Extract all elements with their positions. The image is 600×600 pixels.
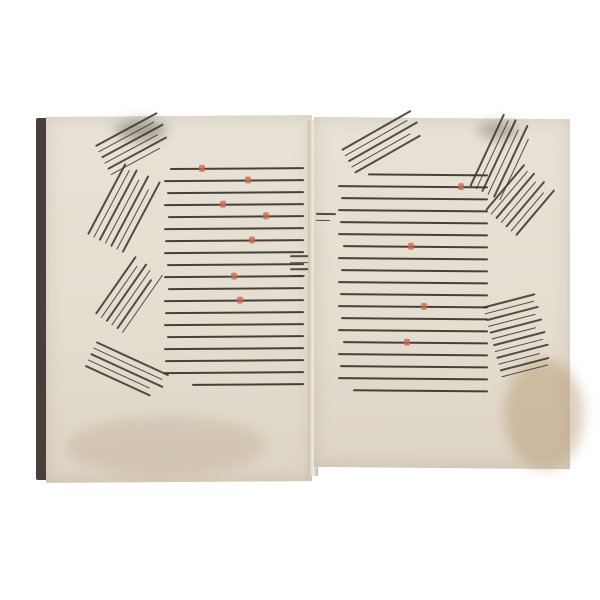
left-margin-commentary-lower [83, 341, 169, 404]
open-manuscript [36, 114, 570, 486]
right-margin-commentary-lower [483, 293, 555, 382]
right-margin-commentary-top [341, 110, 427, 178]
left-main-text [164, 167, 304, 396]
left-margin-commentary-mid [95, 256, 167, 336]
right-page [314, 117, 570, 469]
left-page [46, 115, 312, 483]
left-margin-commentary-side [87, 163, 165, 255]
right-main-text [338, 173, 488, 402]
age-stain [66, 415, 266, 476]
right-inner-margin-note [316, 213, 336, 226]
